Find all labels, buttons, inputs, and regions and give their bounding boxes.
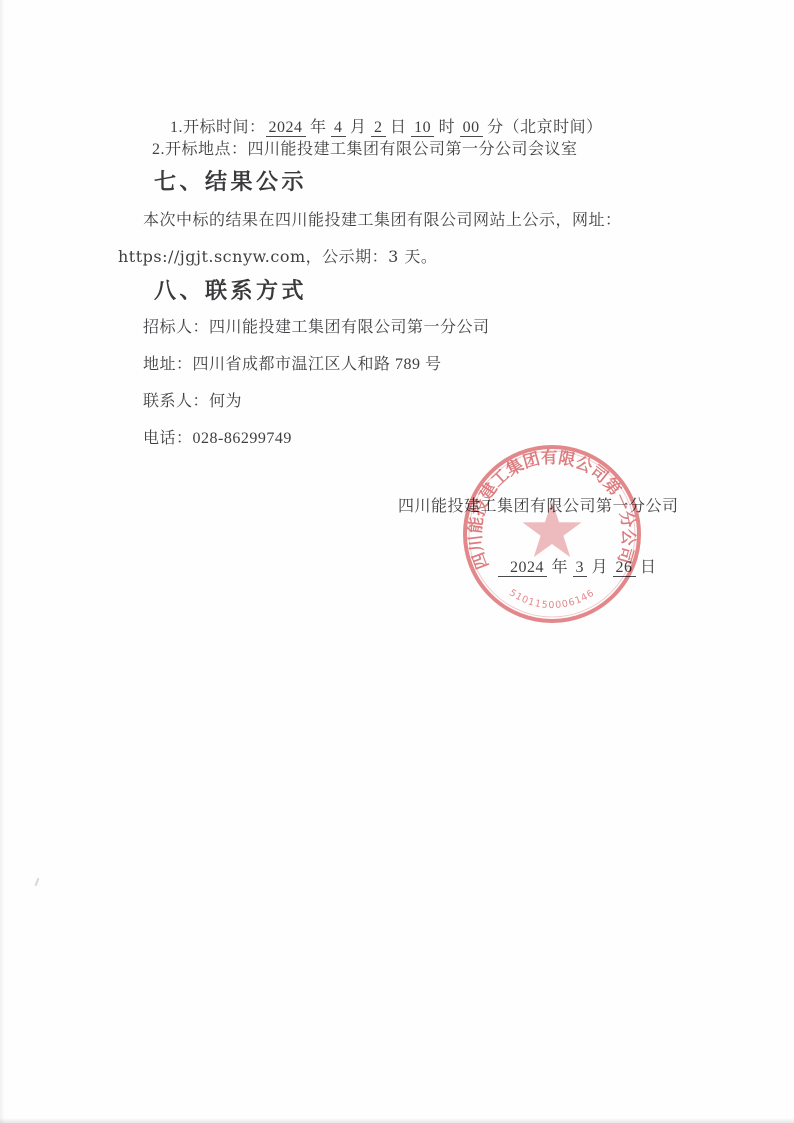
bid-time-month: 4 bbox=[331, 119, 346, 137]
section7-heading: 七、结果公示 bbox=[154, 169, 307, 195]
tenderer-line: 招标人：四川能投建工集团有限公司第一分公司 bbox=[143, 318, 490, 338]
bid-time-minute: 00 bbox=[460, 119, 483, 137]
section8-heading: 八、联系方式 bbox=[154, 278, 307, 304]
company-seal-stamp: 四川能投建工集团有限公司第一分公司 5101150006146 bbox=[452, 434, 652, 634]
scan-speck bbox=[35, 878, 40, 886]
seal-code-number: 5101150006146 bbox=[507, 587, 597, 611]
phone-line: 电话：028-86299749 bbox=[143, 429, 292, 449]
svg-text:5101150006146: 5101150006146 bbox=[507, 587, 597, 611]
bid-time-sep1: 年 bbox=[306, 119, 332, 136]
address-line: 地址：四川省成都市温江区人和路 789 号 bbox=[143, 355, 442, 375]
bid-time-suffix: 分（北京时间） bbox=[483, 119, 603, 136]
bid-time-day: 2 bbox=[371, 119, 386, 137]
bid-time-sep3: 日 bbox=[386, 119, 412, 136]
bid-time-hour: 10 bbox=[411, 119, 434, 137]
bid-time-sep2: 月 bbox=[346, 119, 372, 136]
scanned-document-page: 1.开标时间：2024 年 4 月 2 日 10 时 00 分（北京时间） 2.… bbox=[0, 0, 794, 1123]
result-publicity-line2-url: https://jgjt.scnyw.com，公示期：3 天。 bbox=[118, 247, 437, 267]
result-publicity-line1: 本次中标的结果在四川能投建工集团有限公司网站上公示，网址： bbox=[143, 211, 622, 231]
bid-time-label: 1.开标时间： bbox=[170, 119, 266, 136]
bid-opening-place-line: 2.开标地点：四川能投建工集团有限公司第一分公司会议室 bbox=[152, 140, 578, 160]
seal-star-icon bbox=[523, 501, 582, 557]
contact-person-line: 联系人：何为 bbox=[143, 392, 242, 412]
scan-edge-bottom bbox=[0, 1118, 794, 1123]
scan-edge-left bbox=[0, 0, 5, 1123]
bid-time-sep4: 时 bbox=[434, 119, 460, 136]
bid-time-year: 2024 bbox=[266, 119, 306, 137]
